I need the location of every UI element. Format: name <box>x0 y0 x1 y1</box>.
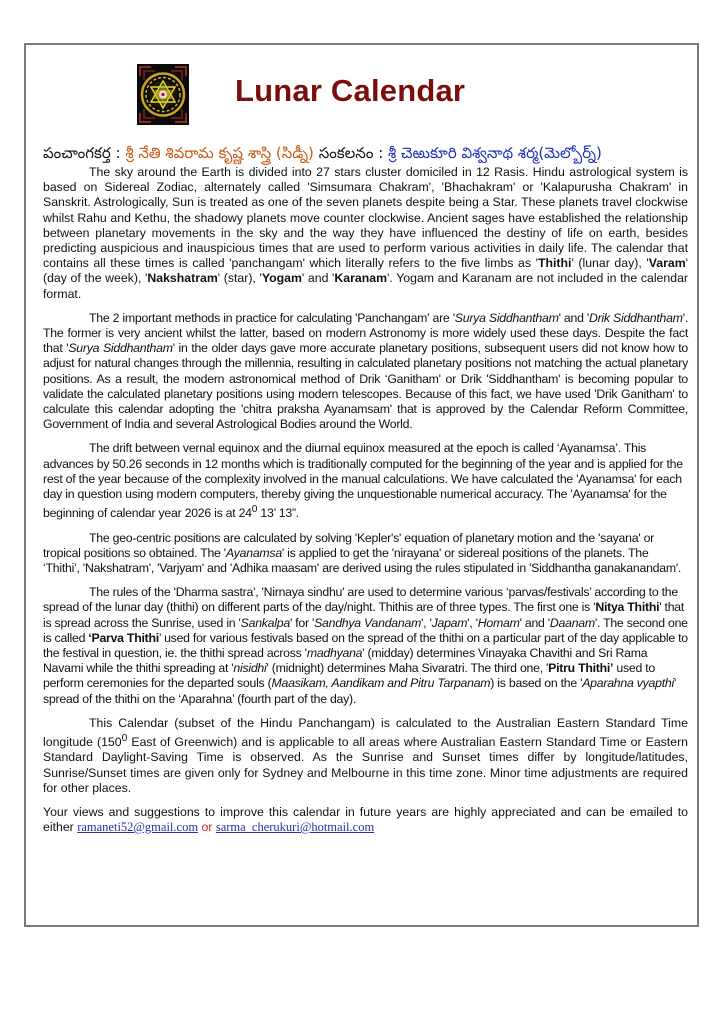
term-japam: Japam <box>432 616 468 630</box>
term-thithi: Thithi <box>538 256 571 270</box>
text: The sky around the Earth is divided into… <box>43 165 688 270</box>
sri-yantra-icon <box>137 64 189 125</box>
text: East of Greenwich) and is applicable to … <box>43 735 688 795</box>
term-sandhya-vandanam: Sandhya Vandanam <box>314 616 421 630</box>
paragraph-feedback: Your views and suggestions to improve th… <box>43 805 688 835</box>
or-text: or <box>201 820 212 834</box>
email-link-ramaneti[interactable]: ramaneti52@gmail.com <box>77 820 198 834</box>
paragraph-thithi-rules: The rules of the 'Dharma sastra', 'Nirna… <box>43 585 688 707</box>
text: ' and ' <box>302 271 334 285</box>
text: 13’ 13”. <box>257 506 299 520</box>
text: ' (lunar day), ' <box>571 256 648 270</box>
text: ' (midnight) determines Maha Sivaratri. … <box>267 661 549 675</box>
term-varam: Varam <box>649 256 686 270</box>
paragraph-ayanamsa: The drift between vernal equinox and the… <box>43 441 688 521</box>
paragraph-zodiac: The sky around the Earth is divided into… <box>43 165 688 302</box>
text: ' (star), ' <box>218 271 262 285</box>
document-body: The sky around the Earth is divided into… <box>43 165 688 844</box>
page-title: Lunar Calendar <box>235 73 465 109</box>
paragraph-geocentric: The geo-centric positions are calculated… <box>43 531 688 577</box>
term-aparahna-vyapthi: Aparahna vyapthi <box>582 676 674 690</box>
term-daanam: Daanam <box>550 616 595 630</box>
text: The 2 important methods in practice for … <box>89 311 455 325</box>
text: The drift between vernal equinox and the… <box>43 441 683 520</box>
term-surya-siddhantham: Surya Siddhantham <box>68 341 172 355</box>
term-karanam: Karanam <box>334 271 387 285</box>
text: ' and ' <box>559 311 589 325</box>
paragraph-methods: The 2 important methods in practice for … <box>43 311 688 433</box>
term-nitya-thithi: Nitya Thithi <box>595 600 659 614</box>
compiler-label: పంచాంగకర్త : <box>43 144 121 162</box>
editor-name: శ్రీ చెఱుకూరి విశ్వనాథ శర్మ(మెల్బోర్న్) <box>388 144 602 162</box>
term-pitru-thithi: Pitru Thithi’ <box>548 661 613 675</box>
text: ' and ' <box>520 616 550 630</box>
text: ' for ' <box>290 616 314 630</box>
credits-line: పంచాంగకర్త : శ్రీ నేతి శివరామ కృష్ణ శాస్… <box>43 142 693 164</box>
term-nisidhi: nisidhi <box>233 661 266 675</box>
term-homam: Homam <box>478 616 520 630</box>
text: The rules of the 'Dharma sastra', 'Nirna… <box>43 585 678 614</box>
term-madhyana: madhyana <box>307 646 362 660</box>
term-drik-siddhantham: Drik Siddhantham <box>589 311 683 325</box>
email-link-sarma[interactable]: sarma_cherukuri@hotmail.com <box>216 820 374 834</box>
paragraph-timezone: This Calendar (subset of the Hindu Panch… <box>43 716 688 796</box>
term-surya-siddhantham: Surya Siddhantham <box>455 311 559 325</box>
text: ) is based on the ' <box>490 676 582 690</box>
term-ayanamsa: Ayanamsa <box>226 546 282 560</box>
term-yogam: Yogam <box>262 271 302 285</box>
term-nakshatram: Nakshatram <box>147 271 217 285</box>
page-header: Lunar Calendar <box>137 64 557 128</box>
term-parva-thithi: ‘Parva Thithi <box>88 631 159 645</box>
text: ', ' <box>467 616 478 630</box>
term-sankalpa: Sankalpa <box>241 616 290 630</box>
editor-label: సంకలనం : <box>319 144 384 162</box>
compiler-name: శ్రీ నేతి శివరామ కృష్ణ శాస్త్రి (సిడ్నీ) <box>125 144 314 162</box>
text: ', ' <box>421 616 432 630</box>
term-ceremonies: Maasikam, Aandikam and Pitru Tarpanam <box>271 676 490 690</box>
